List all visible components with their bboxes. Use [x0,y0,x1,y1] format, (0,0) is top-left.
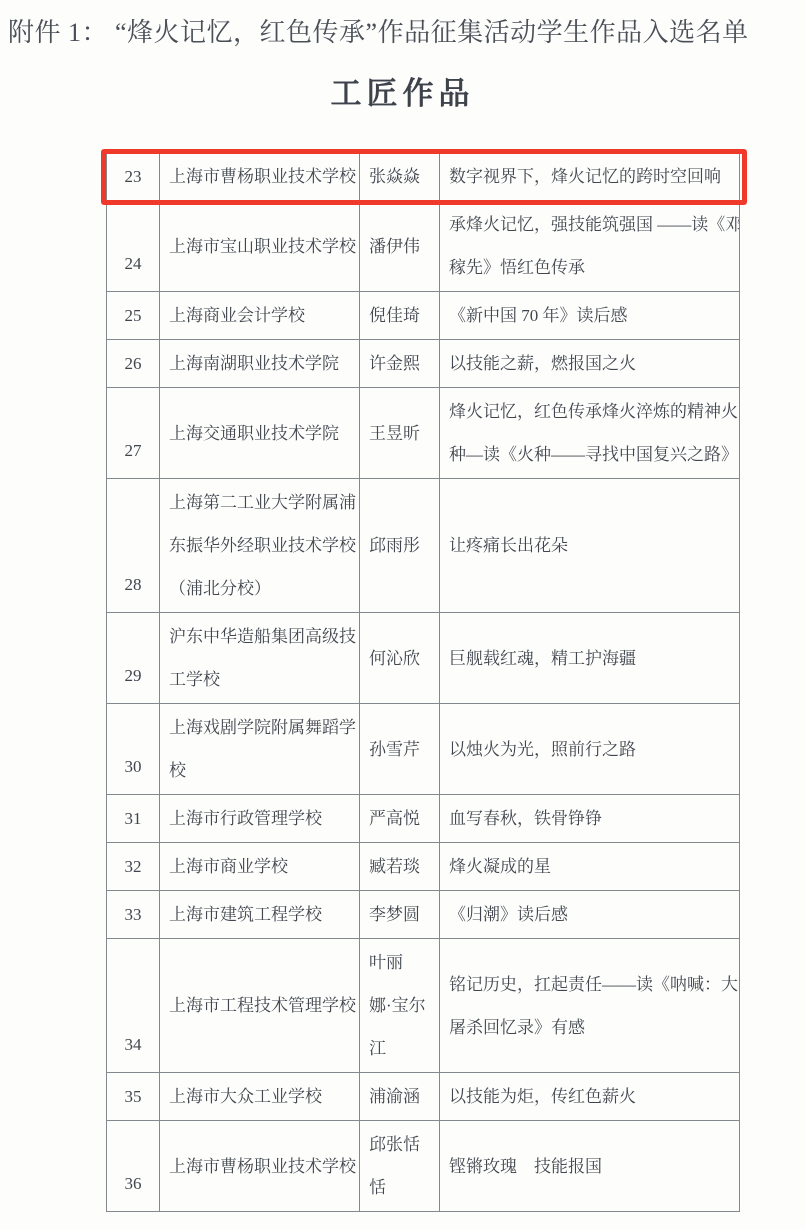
row-number: 34 [107,1023,159,1066]
work-title: 烽火记忆，红色传承烽火淬炼的精神火 种—读《火种——寻找中国复兴之路》 [440,390,739,476]
row-number-cell: 32 [107,843,160,891]
work-cell: 以技能为炬，传红色薪火 [440,1073,740,1121]
student-cell: 浦渝涵 [360,1073,440,1121]
table-row: 28 上海第二工业大学附属浦 东振华外经职业技术学校 （浦北分校） 邱雨彤 让疼… [107,479,740,613]
work-title: 铭记历史，扛起责任——读《呐喊：大 屠杀回忆录》有感 [440,963,739,1049]
table-row: 32 上海市商业学校 臧若琰 烽火凝成的星 [107,843,740,891]
table-row: 34 上海市工程技术管理学校 叶丽 娜·宝尔 江 铭记历史，扛起责任——读《呐喊… [107,939,740,1073]
works-table: 23 上海市曹杨职业技术学校 张焱焱 数字视界下，烽火记忆的跨时空回响 24 上… [106,152,739,1212]
school-cell: 上海交通职业技术学院 [160,388,360,479]
work-cell: 《归潮》读后感 [440,891,740,939]
row-number-cell: 36 [107,1121,160,1212]
row-number: 24 [107,242,159,285]
work-cell: 《新中国 70 年》读后感 [440,292,740,340]
row-number: 29 [107,654,159,697]
table-row: 31 上海市行政管理学校 严高悦 血写春秋，铁骨铮铮 [107,795,740,843]
work-title: 让疼痛长出花朵 [440,524,739,567]
table-row: 30 上海戏剧学院附属舞蹈学 校 孙雪芹 以烛火为光，照前行之路 [107,704,740,795]
school-name: 上海第二工业大学附属浦 东振华外经职业技术学校 （浦北分校） [160,481,359,610]
work-cell: 以技能之薪，燃报国之火 [440,340,740,388]
table-row: 26 上海南湖职业技术学院 许金熙 以技能之薪，燃报国之火 [107,340,740,388]
work-cell: 巨舰载红魂，精工护海疆 [440,613,740,704]
work-cell: 烽火记忆，红色传承烽火淬炼的精神火 种—读《火种——寻找中国复兴之路》 [440,388,740,479]
student-cell: 李梦圆 [360,891,440,939]
row-number: 30 [107,745,159,788]
row-number-cell: 27 [107,388,160,479]
work-cell: 承烽火记忆，强技能筑强国 ——读《邓 稼先》悟红色传承 [440,201,740,292]
table-row: 35 上海市大众工业学校 浦渝涵 以技能为炬，传红色薪火 [107,1073,740,1121]
work-cell: 血写春秋，铁骨铮铮 [440,795,740,843]
school-name: 沪东中华造船集团高级技 工学校 [160,615,359,701]
student-name: 邱张恬 恬 [360,1123,439,1209]
student-cell: 叶丽 娜·宝尔 江 [360,939,440,1073]
student-name: 倪佳琦 [360,294,439,337]
school-name: 上海南湖职业技术学院 [160,342,359,385]
student-cell: 臧若琰 [360,843,440,891]
row-number-cell: 30 [107,704,160,795]
work-title: 《归潮》读后感 [440,893,739,936]
student-name: 王昱昕 [360,412,439,455]
student-cell: 王昱昕 [360,388,440,479]
student-cell: 邱雨彤 [360,479,440,613]
school-cell: 上海市曹杨职业技术学校 [160,153,360,201]
school-name: 上海交通职业技术学院 [160,412,359,455]
work-title: 《新中国 70 年》读后感 [440,294,739,337]
row-number: 33 [107,893,159,936]
school-name: 上海戏剧学院附属舞蹈学 校 [160,706,359,792]
row-number: 25 [107,294,159,337]
student-cell: 许金熙 [360,340,440,388]
table-row: 24 上海市宝山职业技术学校 潘伊伟 承烽火记忆，强技能筑强国 ——读《邓 稼先… [107,201,740,292]
row-number-cell: 34 [107,939,160,1073]
student-cell: 孙雪芹 [360,704,440,795]
table-row: 29 沪东中华造船集团高级技 工学校 何沁欣 巨舰载红魂，精工护海疆 [107,613,740,704]
row-number: 27 [107,429,159,472]
student-cell: 倪佳琦 [360,292,440,340]
row-number: 32 [107,845,159,888]
table-row: 27 上海交通职业技术学院 王昱昕 烽火记忆，红色传承烽火淬炼的精神火 种—读《… [107,388,740,479]
school-cell: 上海南湖职业技术学院 [160,340,360,388]
student-cell: 严高悦 [360,795,440,843]
row-number: 35 [107,1075,159,1118]
row-number-cell: 28 [107,479,160,613]
work-title: 巨舰载红魂，精工护海疆 [440,637,739,680]
school-cell: 上海市行政管理学校 [160,795,360,843]
row-number-cell: 33 [107,891,160,939]
student-name: 孙雪芹 [360,728,439,771]
table-row: 33 上海市建筑工程学校 李梦圆 《归潮》读后感 [107,891,740,939]
student-name: 叶丽 娜·宝尔 江 [360,941,439,1070]
row-number: 23 [107,155,159,198]
school-cell: 上海商业会计学校 [160,292,360,340]
school-cell: 上海市商业学校 [160,843,360,891]
student-cell: 张焱焱 [360,153,440,201]
student-name: 张焱焱 [360,155,439,198]
section-title: 工匠作品 [0,68,805,113]
row-number-cell: 35 [107,1073,160,1121]
student-cell: 何沁欣 [360,613,440,704]
student-name: 何沁欣 [360,637,439,680]
row-number: 36 [107,1162,159,1205]
row-number: 28 [107,563,159,606]
table-row: 36 上海市曹杨职业技术学校 邱张恬 恬 铿锵玫瑰 技能报国 [107,1121,740,1212]
works-table-body: 23 上海市曹杨职业技术学校 张焱焱 数字视界下，烽火记忆的跨时空回响 24 上… [107,153,740,1212]
row-number-cell: 25 [107,292,160,340]
work-title: 承烽火记忆，强技能筑强国 ——读《邓 稼先》悟红色传承 [440,203,739,289]
school-name: 上海市曹杨职业技术学校 [160,155,359,198]
school-name: 上海市曹杨职业技术学校 [160,1145,359,1188]
works-table-grid: 23 上海市曹杨职业技术学校 张焱焱 数字视界下，烽火记忆的跨时空回响 24 上… [106,152,740,1212]
work-title: 以烛火为光，照前行之路 [440,728,739,771]
school-cell: 上海市曹杨职业技术学校 [160,1121,360,1212]
school-name: 上海商业会计学校 [160,294,359,337]
school-name: 上海市宝山职业技术学校 [160,225,359,268]
school-cell: 上海第二工业大学附属浦 东振华外经职业技术学校 （浦北分校） [160,479,360,613]
student-name: 潘伊伟 [360,225,439,268]
work-title: 数字视界下，烽火记忆的跨时空回响 [440,155,739,198]
table-row: 23 上海市曹杨职业技术学校 张焱焱 数字视界下，烽火记忆的跨时空回响 [107,153,740,201]
school-cell: 上海市大众工业学校 [160,1073,360,1121]
student-cell: 潘伊伟 [360,201,440,292]
school-cell: 上海戏剧学院附属舞蹈学 校 [160,704,360,795]
work-cell: 铭记历史，扛起责任——读《呐喊：大 屠杀回忆录》有感 [440,939,740,1073]
row-number: 31 [107,797,159,840]
attachment-title: 附件 1： “烽火记忆，红色传承”作品征集活动学生作品入选名单 [8,12,802,49]
student-name: 臧若琰 [360,845,439,888]
scanned-document-page: 附件 1： “烽火记忆，红色传承”作品征集活动学生作品入选名单 工匠作品 23 … [0,0,805,1230]
row-number-cell: 29 [107,613,160,704]
table-row: 25 上海商业会计学校 倪佳琦 《新中国 70 年》读后感 [107,292,740,340]
school-cell: 上海市工程技术管理学校 [160,939,360,1073]
student-name: 浦渝涵 [360,1075,439,1118]
row-number-cell: 23 [107,153,160,201]
work-title: 血写春秋，铁骨铮铮 [440,797,739,840]
school-cell: 上海市宝山职业技术学校 [160,201,360,292]
row-number-cell: 26 [107,340,160,388]
work-title: 烽火凝成的星 [440,845,739,888]
work-cell: 让疼痛长出花朵 [440,479,740,613]
school-name: 上海市大众工业学校 [160,1075,359,1118]
work-cell: 铿锵玫瑰 技能报国 [440,1121,740,1212]
student-name: 邱雨彤 [360,524,439,567]
work-title: 铿锵玫瑰 技能报国 [440,1145,739,1188]
student-name: 严高悦 [360,797,439,840]
school-cell: 上海市建筑工程学校 [160,891,360,939]
student-name: 李梦圆 [360,893,439,936]
work-cell: 以烛火为光，照前行之路 [440,704,740,795]
row-number-cell: 24 [107,201,160,292]
row-number: 26 [107,342,159,385]
school-name: 上海市工程技术管理学校 [160,984,359,1027]
school-cell: 沪东中华造船集团高级技 工学校 [160,613,360,704]
work-title: 以技能之薪，燃报国之火 [440,342,739,385]
work-cell: 数字视界下，烽火记忆的跨时空回响 [440,153,740,201]
work-title: 以技能为炬，传红色薪火 [440,1075,739,1118]
school-name: 上海市商业学校 [160,845,359,888]
row-number-cell: 31 [107,795,160,843]
school-name: 上海市行政管理学校 [160,797,359,840]
work-cell: 烽火凝成的星 [440,843,740,891]
student-name: 许金熙 [360,342,439,385]
student-cell: 邱张恬 恬 [360,1121,440,1212]
school-name: 上海市建筑工程学校 [160,893,359,936]
